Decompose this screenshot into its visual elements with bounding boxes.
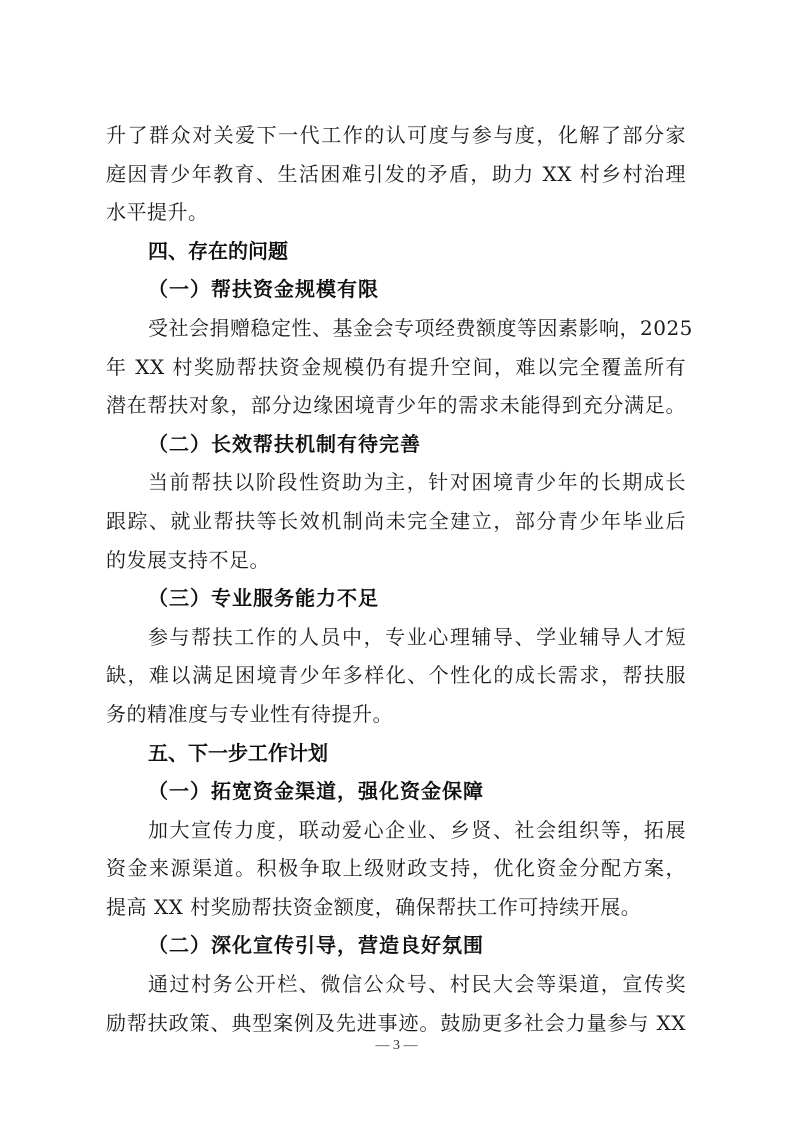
- paragraph-line: 参与帮扶工作的人员中，专业心理辅导、学业辅导人才短: [106, 618, 686, 657]
- paragraph-line: 当前帮扶以阶段性资助为主，针对困境青少年的长期成长: [106, 463, 686, 502]
- subheading-funding-limited: （一）帮扶资金规模有限: [106, 270, 686, 309]
- paragraph-line: 升了群众对关爱下一代工作的认可度与参与度，化解了部分家: [106, 116, 686, 155]
- paragraph-line: 跟踪、就业帮扶等长效机制尚未完全建立，部分青少年毕业后: [106, 502, 686, 541]
- paragraph-line: 提高 XX 村奖励帮扶资金额度，确保帮扶工作可持续开展。: [106, 888, 686, 927]
- section-heading-next-plan: 五、下一步工作计划: [106, 734, 686, 773]
- section-heading-problems: 四、存在的问题: [106, 232, 686, 271]
- paragraph-line: 庭因青少年教育、生活困难引发的矛盾，助力 XX 村乡村治理: [106, 155, 686, 194]
- page-number: — 3 —: [0, 1038, 793, 1054]
- paragraph-line: 水平提升。: [106, 193, 686, 232]
- paragraph-line: 务的精准度与专业性有待提升。: [106, 695, 686, 734]
- paragraph-line: 加大宣传力度，联动爱心企业、乡贤、社会组织等，拓展: [106, 811, 686, 850]
- document-page: 升了群众对关爱下一代工作的认可度与参与度，化解了部分家 庭因青少年教育、生活困难…: [106, 116, 686, 1042]
- paragraph-line: 通过村务公开栏、微信公众号、村民大会等渠道，宣传奖: [106, 965, 686, 1004]
- paragraph-line: 资金来源渠道。积极争取上级财政支持，优化资金分配方案，: [106, 849, 686, 888]
- subheading-publicity: （二）深化宣传引导，营造良好氛围: [106, 926, 686, 965]
- subheading-professional-capacity: （三）专业服务能力不足: [106, 579, 686, 618]
- paragraph-line: 潜在帮扶对象，部分边缘困境青少年的需求未能得到充分满足。: [106, 386, 686, 425]
- paragraph-line: 受社会捐赠稳定性、基金会专项经费额度等因素影响，2025: [106, 309, 686, 348]
- paragraph-line: 的发展支持不足。: [106, 541, 686, 580]
- paragraph-line: 励帮扶政策、典型案例及先进事迹。鼓励更多社会力量参与 XX: [106, 1004, 686, 1043]
- paragraph-line: 缺，难以满足困境青少年多样化、个性化的成长需求，帮扶服: [106, 656, 686, 695]
- subheading-long-term-mechanism: （二）长效帮扶机制有待完善: [106, 425, 686, 464]
- paragraph-line: 年 XX 村奖励帮扶资金规模仍有提升空间，难以完全覆盖所有: [106, 348, 686, 387]
- subheading-broaden-funding: （一）拓宽资金渠道，强化资金保障: [106, 772, 686, 811]
